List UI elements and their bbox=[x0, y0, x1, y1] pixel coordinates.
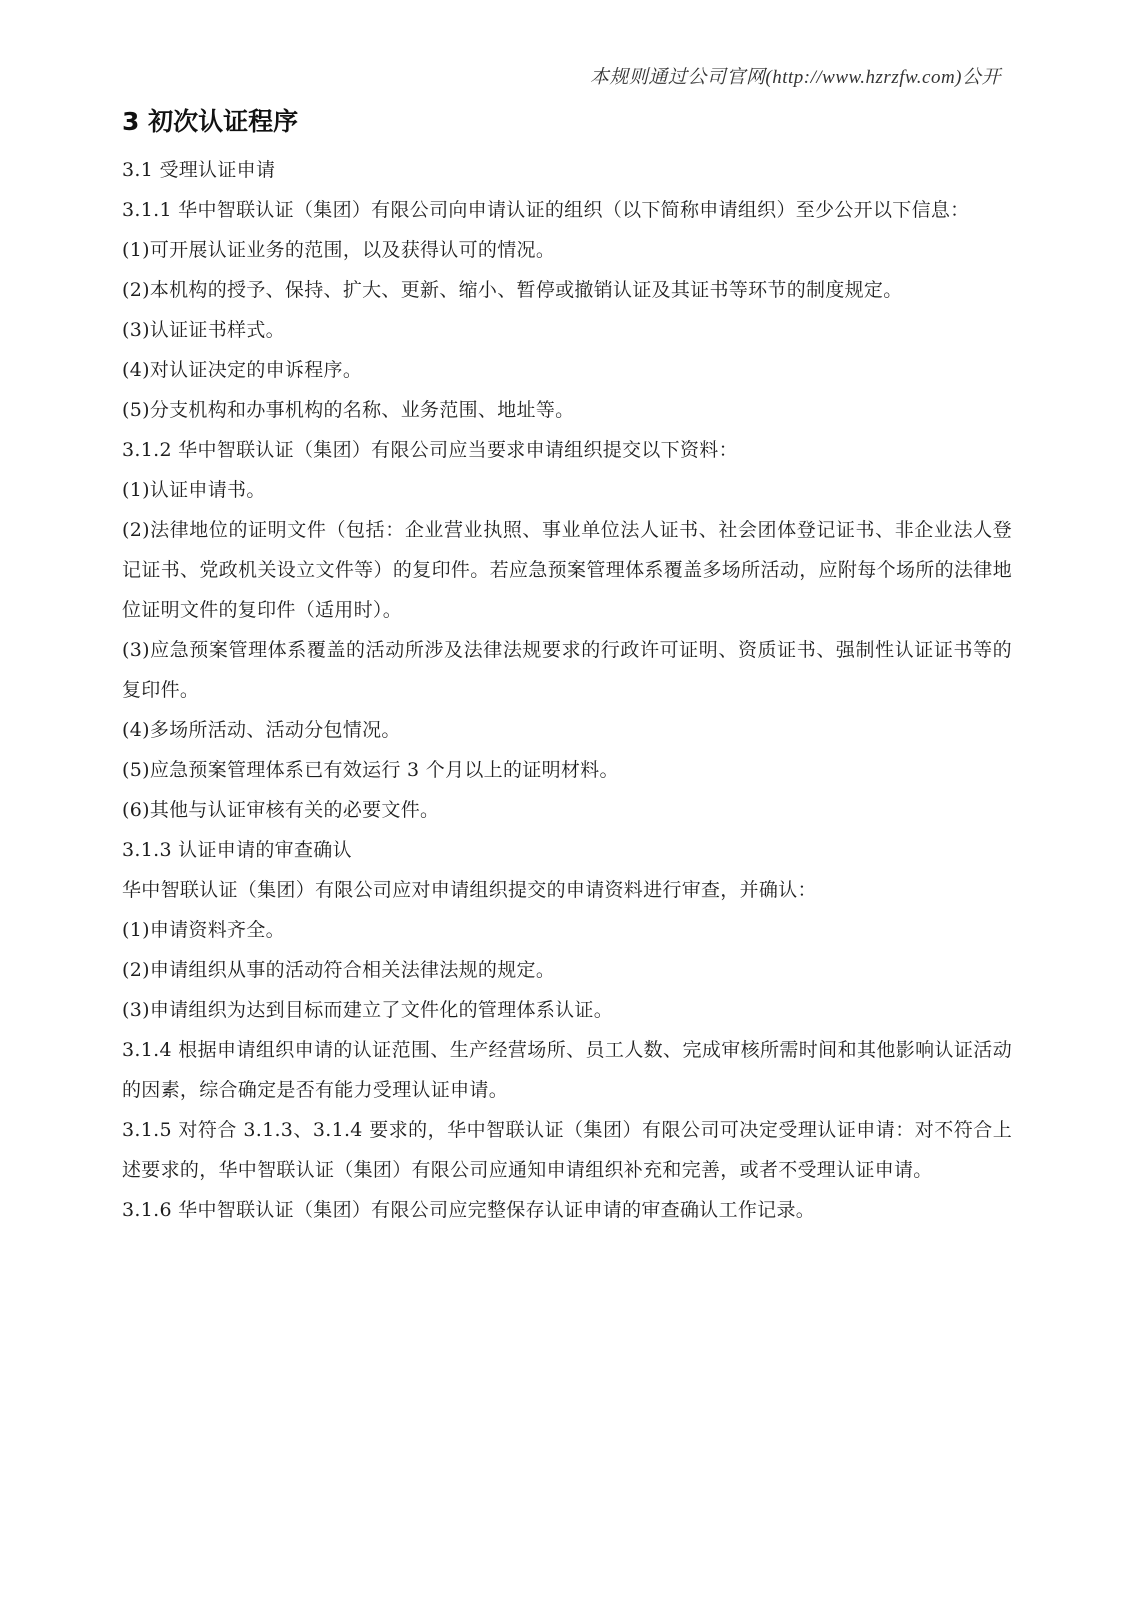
clause-3-1-4: 3.1.4 根据申请组织申请的认证范围、生产经营场所、员工人数、完成审核所需时间… bbox=[122, 1030, 1012, 1110]
list-item: (1)可开展认证业务的范围，以及获得认可的情况。 bbox=[122, 230, 1012, 270]
list-item: (4)对认证决定的申诉程序。 bbox=[122, 350, 1012, 390]
clause-3-1-5: 3.1.5 对符合 3.1.3、3.1.4 要求的，华中智联认证（集团）有限公司… bbox=[122, 1110, 1012, 1190]
clause-3-1-6: 3.1.6 华中智联认证（集团）有限公司应完整保存认证申请的审查确认工作记录。 bbox=[122, 1190, 1012, 1230]
list-item: (2)法律地位的证明文件（包括：企业营业执照、事业单位法人证书、社会团体登记证书… bbox=[122, 510, 1012, 630]
list-item: (3)申请组织为达到目标而建立了文件化的管理体系认证。 bbox=[122, 990, 1012, 1030]
subsection-heading-3-1: 3.1 受理认证申请 bbox=[122, 150, 1012, 190]
paragraph: 华中智联认证（集团）有限公司应对申请组织提交的申请资料进行审查，并确认： bbox=[122, 870, 1012, 910]
list-item: (1)申请资料齐全。 bbox=[122, 910, 1012, 950]
header-disclosure-note: 本规则通过公司官网(http://www.hzrzfw.com)公开 bbox=[590, 62, 1001, 89]
list-item: (3)应急预案管理体系覆盖的活动所涉及法律法规要求的行政许可证明、资质证书、强制… bbox=[122, 630, 1012, 710]
list-item: (2)本机构的授予、保持、扩大、更新、缩小、暂停或撤销认证及其证书等环节的制度规… bbox=[122, 270, 1012, 310]
list-item: (5)应急预案管理体系已有效运行 3 个月以上的证明材料。 bbox=[122, 750, 1012, 790]
list-item: (5)分支机构和办事机构的名称、业务范围、地址等。 bbox=[122, 390, 1012, 430]
list-item: (6)其他与认证审核有关的必要文件。 bbox=[122, 790, 1012, 830]
list-item: (1)认证申请书。 bbox=[122, 470, 1012, 510]
section-title: 3 初次认证程序 bbox=[122, 104, 1012, 140]
clause-3-1-1: 3.1.1 华中智联认证（集团）有限公司向申请认证的组织（以下简称申请组织）至少… bbox=[122, 190, 1012, 230]
clause-3-1-3: 3.1.3 认证申请的审查确认 bbox=[122, 830, 1012, 870]
clause-3-1-2: 3.1.2 华中智联认证（集团）有限公司应当要求申请组织提交以下资料： bbox=[122, 430, 1012, 470]
list-item: (2)申请组织从事的活动符合相关法律法规的规定。 bbox=[122, 950, 1012, 990]
document-body: 3 初次认证程序 3.1 受理认证申请 3.1.1 华中智联认证（集团）有限公司… bbox=[122, 104, 1012, 1230]
list-item: (4)多场所活动、活动分包情况。 bbox=[122, 710, 1012, 750]
list-item: (3)认证证书样式。 bbox=[122, 310, 1012, 350]
